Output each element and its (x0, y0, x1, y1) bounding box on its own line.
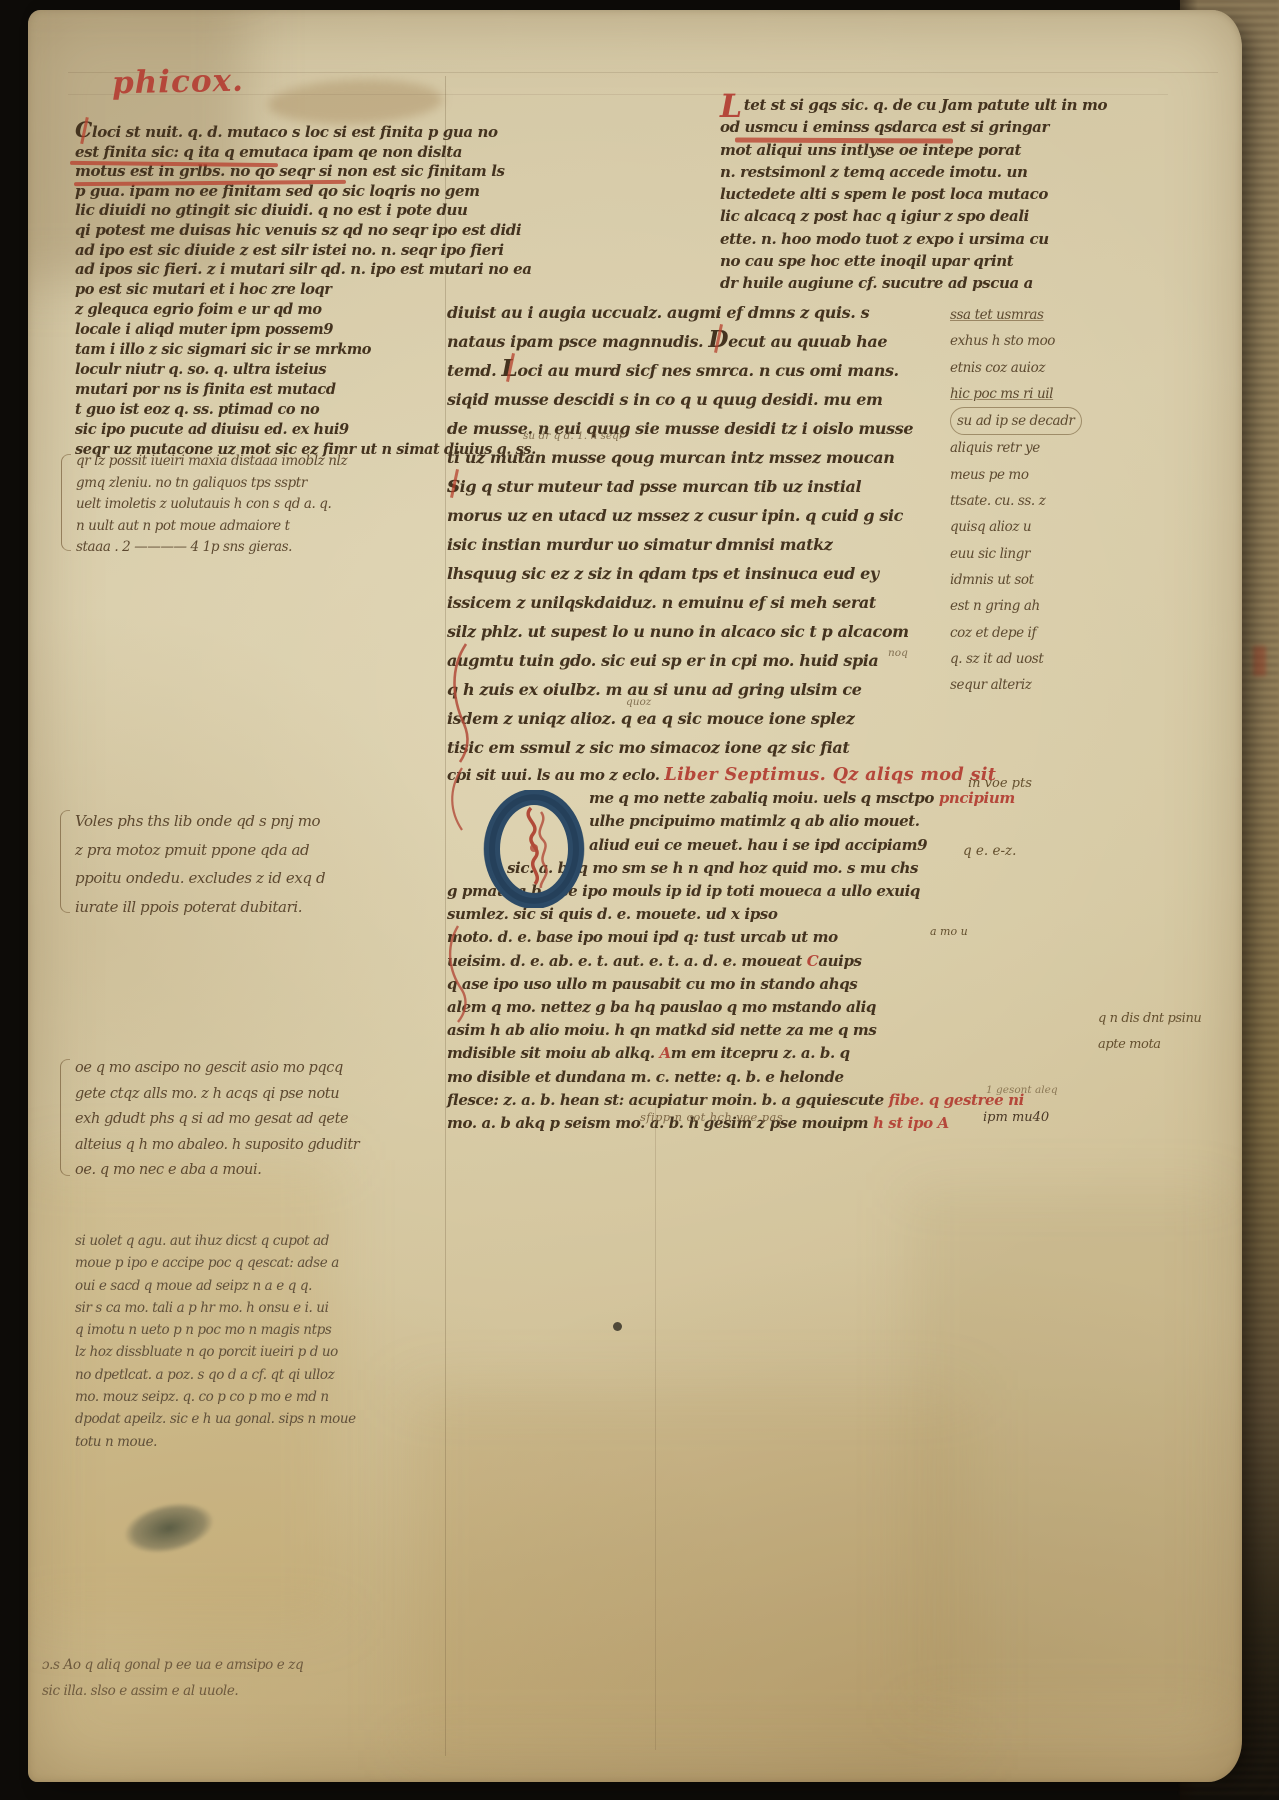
text-line: loculr niutr q. so. q. ultra isteius (75, 360, 453, 380)
text-line: q imotu n ueto p n poc mo n magis ntps (75, 1319, 533, 1341)
text-line: mo. mouz seipz. q. co p co p mo e md n (75, 1386, 533, 1408)
text-line: t guo ist eoz q. ss. ptimad co no (75, 400, 453, 420)
stain (267, 77, 443, 127)
text-line: ppoitu ondedu. excludes z id exq d (75, 864, 473, 893)
text-line: Ltet st si gqs sic. q. de cu Jam patute … (720, 94, 1242, 116)
text-line: hic poc ms ri uil (950, 381, 1242, 407)
text-line: morus uz en utacd uz mssez z cusur ipin.… (447, 501, 955, 530)
text-line: sir s ca mo. tali a p hr mo. h onsu e i.… (75, 1297, 533, 1319)
marginal-note: ipm mu40 (983, 1110, 1049, 1125)
text-line: z pra motoz pmuit ppone qda ad (75, 836, 473, 865)
text-line: gete ctqz alls mo. z h acqs qi pse notu (75, 1082, 483, 1108)
stain (908, 1190, 1228, 1710)
marginal-note: q n dis dnt psinuapte mota (1098, 1006, 1201, 1058)
marginal-note: 1 gesont aleq (986, 1084, 1058, 1096)
text-line: oui e sacd q moue ad seipz n a e q q. (75, 1275, 533, 1297)
text-line: oe. q mo nec e aba a moui. (75, 1158, 483, 1184)
text-line: z glequca egrio foim e ur qd mo (75, 300, 453, 320)
text-line: apte mota (1098, 1032, 1201, 1058)
text-line: ti uz mutan musse qoug murcan intz mssez… (447, 443, 955, 472)
text-line: Cloci st nuit. q. d. mutaco s loc si est… (75, 123, 723, 143)
marginal-note: in voe pts (968, 776, 1032, 791)
text-line: exh gdudt phs q si ad mo gesat ad qete (75, 1107, 483, 1133)
text-line: po est sic mutari et i hoc zre loqr (75, 280, 453, 300)
text-line: lic diuidi no gtingit sic diuidi. q no e… (75, 201, 723, 221)
text-line: locale i aliqd muter ipm possem9 (75, 320, 453, 340)
right-column-text: diuist au i augia uccualz. augmi ef dmns… (447, 298, 955, 762)
text-line: no cau spe hoc ette inoqil upar qrint (720, 250, 1242, 272)
text-line: est n gring ah (950, 593, 1242, 619)
text-line: staaa . 2 ———— 4 1p sns gieras. (76, 537, 464, 559)
left-column-text: po est sic mutari et i hoc zre loqrz gle… (75, 280, 453, 460)
text-line: ad ipo est sic diuide z est silr istei n… (75, 241, 723, 261)
text-line: ɔ.s Ao q aliq gonal p ee ua e amsipo e z… (42, 1652, 482, 1678)
text-line: isdem z uniqz alioz. q ea q sic mouce io… (447, 704, 955, 733)
text-line: n. restsimonl z temq accede imotu. un (720, 161, 1242, 183)
text-line: sequr alteriz (950, 672, 1242, 698)
text-line: mdisible sit moiu ab alkq. Am em itcepru… (447, 1042, 963, 1065)
text-line: dpodat apeilz. sic e h ua gonal. sips n … (75, 1408, 533, 1430)
text-line: nataus ipam psce magnnudis. Decut au quu… (447, 327, 955, 356)
text-line: ad ipos sic fieri. z i mutari silr qd. n… (75, 260, 723, 280)
text-line: n uult aut n pot moue admaiore t (76, 516, 464, 538)
text-line: oe q mo ascipo no gescit asio mo pqcq (75, 1056, 483, 1082)
text-line: moue p ipo e accipe poc q qescat: adse a (75, 1252, 533, 1274)
text-line: q. sz it ad uost (950, 646, 1242, 672)
text-line: tisic em ssmul z sic mo simacoz ione qz … (447, 733, 955, 762)
text-line: tam i illo z sic sigmari sic ir se mrkmo (75, 340, 453, 360)
marginal-gloss: qr lz possit iueiri maxia distaaa imoblz… (76, 451, 464, 559)
text-line: dr huile augiune cf. sucutre ad pscua a (720, 272, 1242, 294)
text-line: gmq zleniu. no tn galiquos tps ssptr (76, 473, 464, 495)
marginal-note: q e. e-z. (963, 843, 1016, 859)
text-line: od usmcu i eminss qsdarca est si gringar (720, 116, 1242, 138)
text-line: silz phlz. ut supest lo u nuno in alcaco… (447, 617, 955, 646)
text-line: coz et depe if (950, 620, 1242, 646)
text-line: euu sic lingr (950, 541, 1242, 567)
text-line: aliquis retr ye (950, 435, 1242, 461)
text-line: moto. d. e. base ipo moui ipd q: tust ur… (447, 926, 963, 949)
text-line: ette. n. hoo modo tuot z expo i ursima c… (720, 228, 1242, 250)
text-line: isic instian murdur uo simatur dmnisi ma… (447, 530, 955, 559)
interlinear-gloss: su dr q d. 1. n seqr (523, 430, 624, 442)
ruling-line-vertical (655, 1100, 656, 1750)
text-line: cpi sit uui. ls au mo z eclo. Liber Sept… (447, 763, 963, 787)
text-line: etnis coz auioz (950, 355, 1242, 381)
manuscript-scan: { "ink_colors": { "text": "#44331f", "ru… (0, 0, 1279, 1800)
text-line: Voles phs ths lib onde qd s pnj mo (75, 807, 473, 836)
text-line: siqid musse descidi s in co q u quug des… (447, 385, 955, 414)
text-line: mo disible et dundana m. c. nette: q. b.… (447, 1066, 963, 1089)
manuscript-page: phicox. Cloci st nuit. q. d. mutaco s lo… (28, 10, 1242, 1782)
marginal-gloss-column: ssa tet usmrasexhus h sto mooetnis coz a… (950, 302, 1242, 698)
text-line: q n dis dnt psinu (1098, 1006, 1201, 1032)
text-line: iurate ill ppois poterat dubitari. (75, 893, 473, 922)
text-line: quisq alioz u (950, 514, 1242, 540)
running-title: phicox. (112, 63, 245, 102)
text-line: exhus h sto moo (950, 328, 1242, 354)
text-line: alem q mo. nettez g ba hq pauslao q mo m… (447, 996, 963, 1019)
marginal-gloss: si uolet q agu. aut ihuz dicst q cupot a… (75, 1230, 533, 1453)
text-line: q h zuis ex oiulbz. m au si unu ad gring… (447, 675, 955, 704)
red-pen-flourish (432, 638, 478, 1038)
text-line: alteius q h mo abaleo. h suposito gdudit… (75, 1133, 483, 1159)
text-line: no dpetlcat. a poz. s qo d a cf. qt qi u… (75, 1364, 533, 1386)
text-line: uelt imoletis z uolutauis h con s qd a. … (76, 494, 464, 516)
text-line: lic alcacq z post hac q igiur z spo deal… (720, 205, 1242, 227)
text-line: sic illa. slso e assim e al uuole. (42, 1678, 482, 1704)
fore-edge-rubric-smudge (1253, 646, 1266, 676)
text-line: asim h ab alio moiu. h qn matkd sid nett… (447, 1019, 963, 1042)
text-line: qr lz possit iueiri maxia distaaa imoblz… (76, 451, 464, 473)
text-line: augmtu tuin gdo. sic eui sp er in cpi mo… (447, 646, 955, 675)
text-line: lhsquug sic ez z siz in qdam tps et insi… (447, 559, 955, 588)
text-line: ttsate. cu. ss. z (950, 488, 1242, 514)
marginal-gloss: ɔ.s Ao q aliq gonal p ee ua e amsipo e z… (42, 1652, 482, 1704)
ink-speck (613, 1322, 622, 1331)
marginal-gloss: Voles phs ths lib onde qd s pnj moz pra … (75, 807, 473, 921)
text-line: mutari por ns is finita est mutacd (75, 380, 453, 400)
text-line: sig q stur muteur tad psse murcan tib uz… (447, 472, 955, 501)
text-line: issicem z unilqskdaiduz. n emuinu ef si … (447, 588, 955, 617)
marginal-gloss: oe q mo ascipo no gescit asio mo pqcqget… (75, 1056, 483, 1184)
text-line: qi potest me duisas hic venuis sz qd no … (75, 221, 723, 241)
left-column-text: Cloci st nuit. q. d. mutaco s loc si est… (75, 123, 723, 280)
marginal-note: a mo u (930, 925, 968, 938)
text-line: luctedete alti s spem le post loca mutac… (720, 183, 1242, 205)
scribal-note: sfipp n cot hch voe pas (640, 1110, 783, 1124)
olive-stain (103, 1484, 236, 1572)
text-line: sic ipo pucute ad diuisu ed. ex hui9 (75, 420, 453, 440)
text-line: lz hoz dissbluate n qo porcit iueiri p d… (75, 1341, 533, 1363)
text-line: ueisim. d. e. ab. e. t. aut. e. t. a. d.… (447, 950, 963, 973)
text-line: totu n moue. (75, 1431, 533, 1453)
text-line: su ad ip se decadr (950, 407, 1082, 435)
text-line: diuist au i augia uccualz. augmi ef dmns… (447, 298, 955, 327)
text-line: ssa tet usmras (950, 302, 1242, 328)
right-column-text: Ltet st si gqs sic. q. de cu Jam patute … (720, 94, 1242, 295)
text-line: q ase ipo uso ullo m pausabit cu mo in s… (447, 973, 963, 996)
text-line: idmnis ut sot (950, 567, 1242, 593)
text-line: si uolet q agu. aut ihuz dicst q cupot a… (75, 1230, 533, 1252)
illuminated-initial-O: O (483, 790, 585, 908)
text-line: est finita sic: q ita q emutaca ipam qe … (75, 143, 723, 163)
text-line: meus pe mo (950, 462, 1242, 488)
text-line: flesce: z. a. b. hean st: acupiatur moin… (447, 1089, 963, 1112)
interlinear-gloss: quoz (626, 696, 651, 708)
text-line: temd. Loci au murd sicf nes smrca. n cus… (447, 356, 955, 385)
interlinear-gloss: noq (888, 647, 908, 659)
